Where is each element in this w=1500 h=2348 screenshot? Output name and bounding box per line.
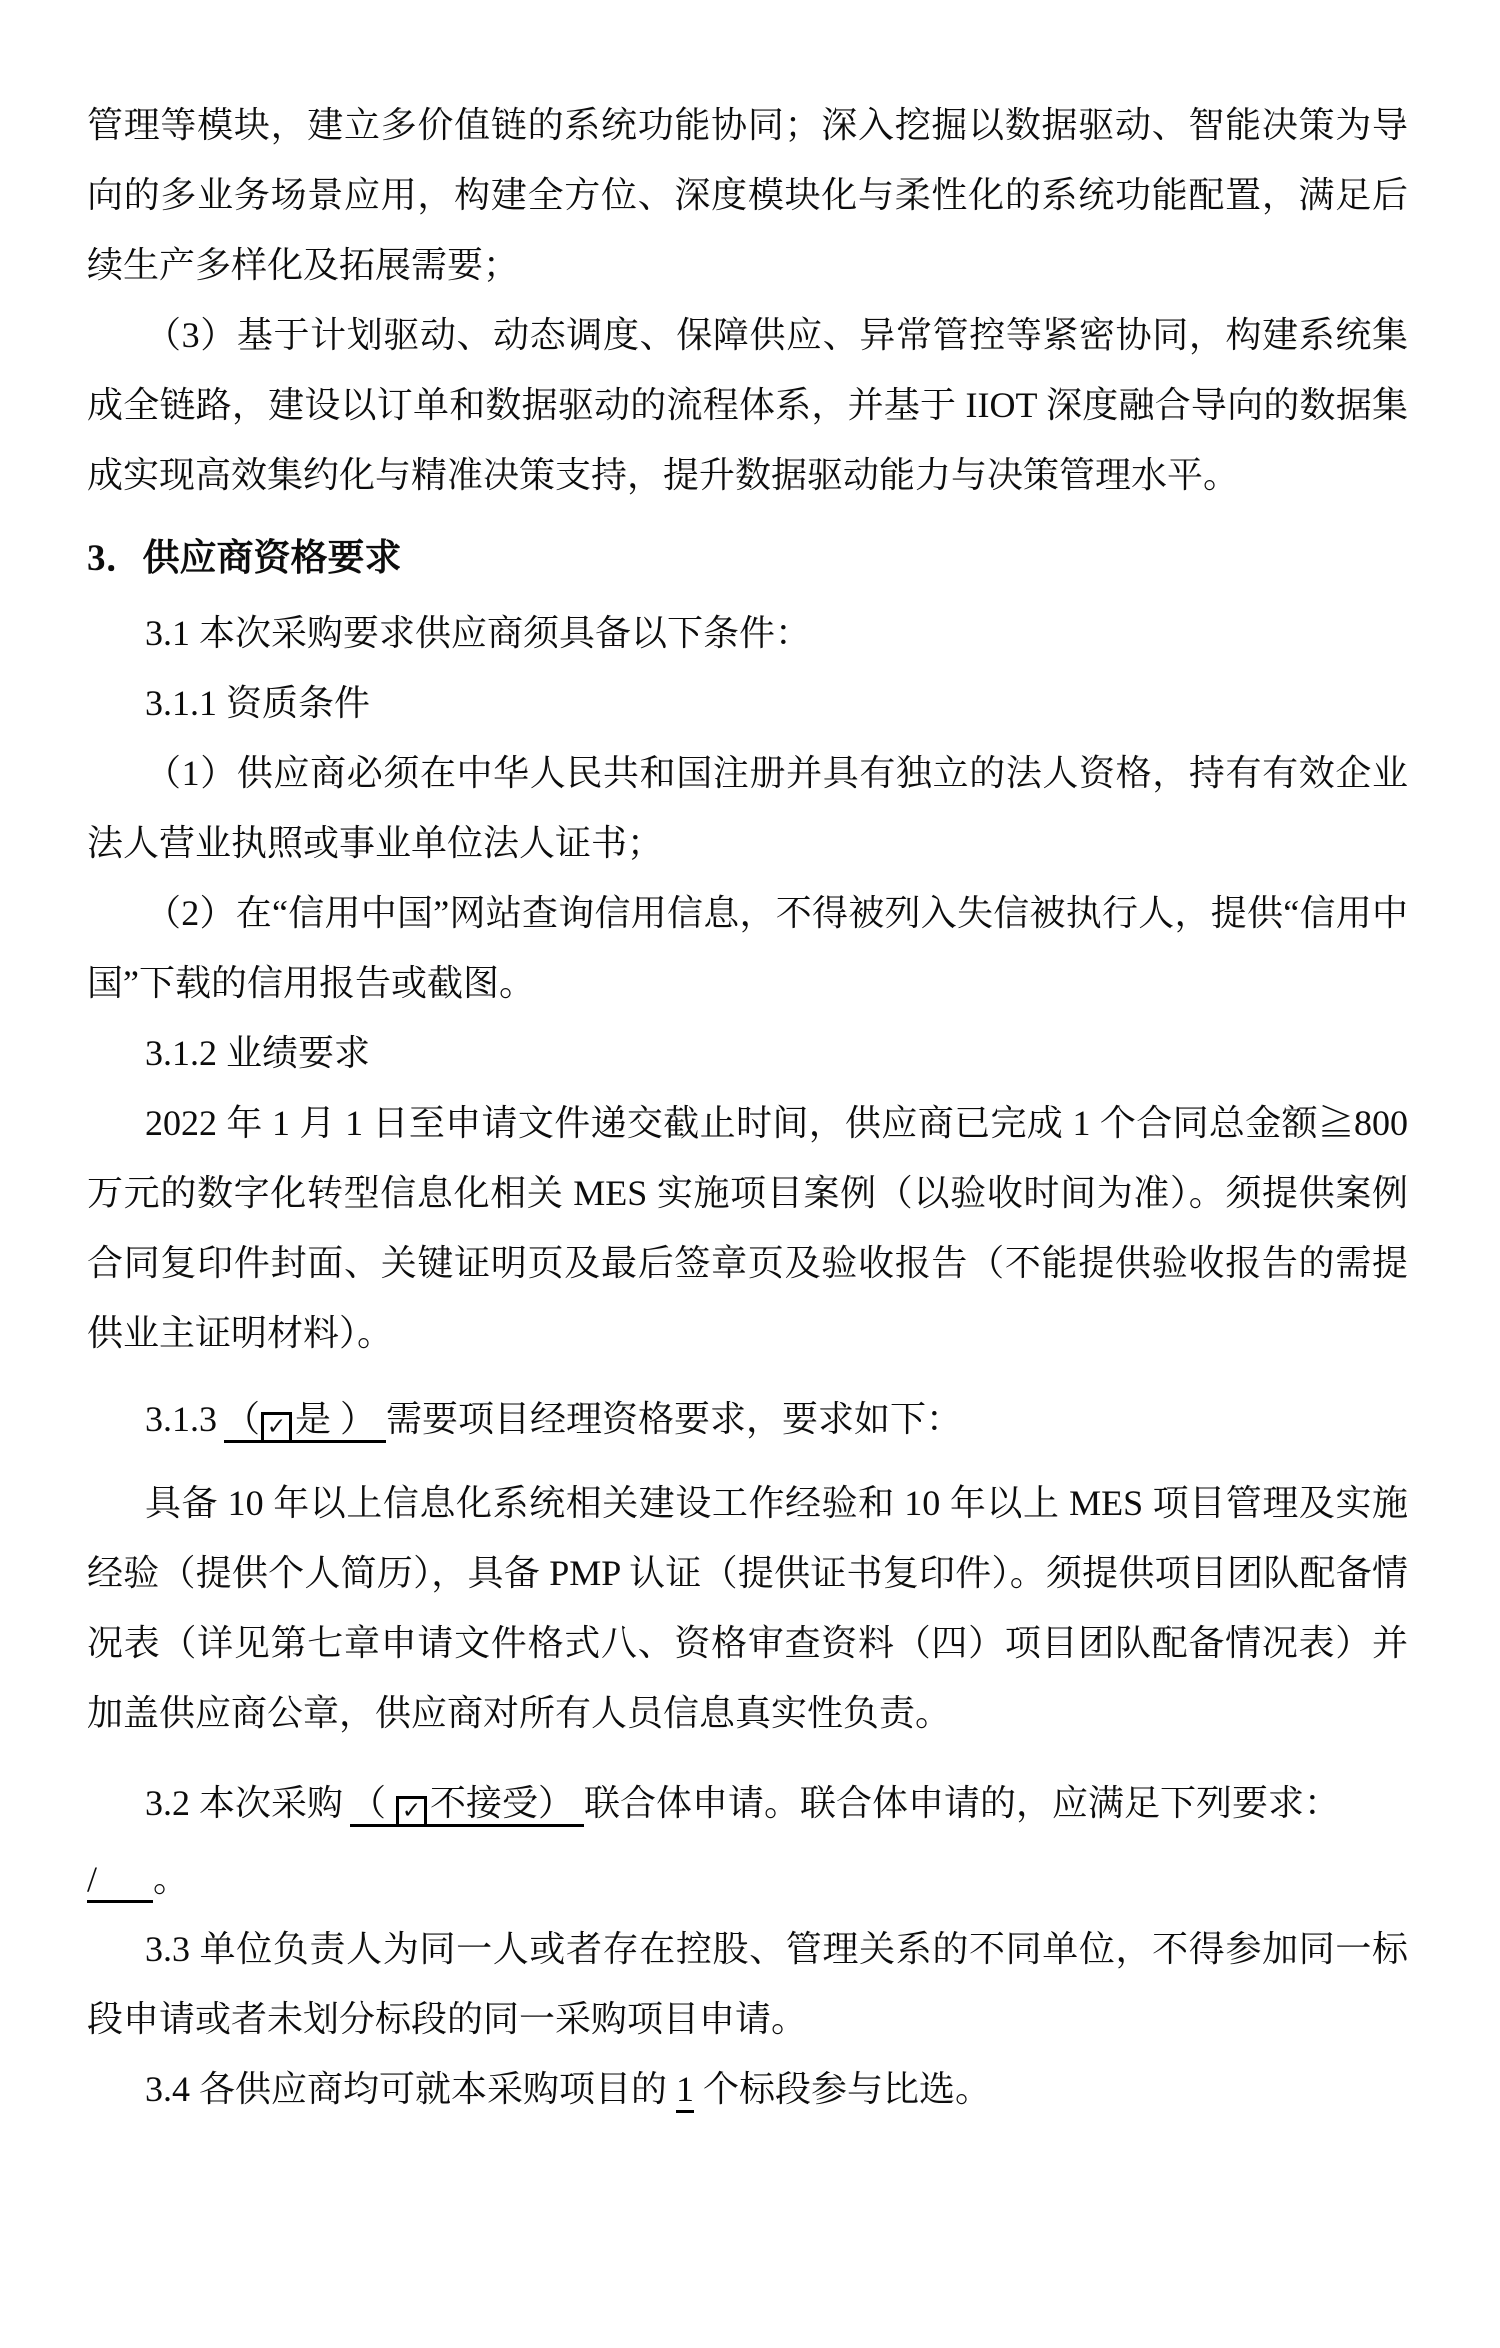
open-paren: （ (350, 1783, 395, 1823)
checkmark-glyph: ✓ (267, 1414, 286, 1440)
paragraph-item-3: （3）基于计划驱动、动态调度、保障供应、异常管控等紧密协同，构建系统集成全链路，… (87, 300, 1408, 510)
underlined-lot-count: 1 (676, 2069, 694, 2113)
performance-requirement-paragraph: 2022 年 1 月 1 日至申请文件递交截止时间，供应商已完成 1 个合同总金… (87, 1088, 1408, 1368)
clause-3-1-3: 3.1.3（✓是 ）需要项目经理资格要求，要求如下： (87, 1384, 1408, 1454)
checked-checkbox-icon: ✓ (396, 1796, 427, 1827)
not-accept-label: 不接受） (430, 1783, 574, 1823)
clause-3-1-2: 3.1.2 业绩要求 (87, 1018, 1408, 1088)
underlined-blank: / (87, 1859, 153, 1903)
clause-3-3: 3.3 单位负责人为同一人或者存在控股、管理关系的不同单位，不得参加同一标段申请… (87, 1914, 1408, 2054)
section-heading-supplier-qualification: 3．供应商资格要求 (87, 524, 1408, 594)
clause-text: 需要项目经理资格要求，要求如下： (386, 1399, 962, 1439)
qualification-item-1: （1）供应商必须在中华人民共和国注册并具有独立的法人资格，持有有效企业法人营业执… (87, 738, 1408, 878)
joint-venture-blank-line: /。 (87, 1844, 1408, 1914)
paragraph-modules-continuation: 管理等模块，建立多价值链的系统功能协同；深入挖掘以数据驱动、智能决策为导向的多业… (87, 90, 1408, 300)
open-paren: （ (224, 1399, 260, 1439)
clause-prefix: 3.2 本次采购 (145, 1783, 343, 1823)
clause-suffix: 个标段参与比选。 (694, 2069, 991, 2109)
underlined-not-accept-choice: （ ✓不接受） (350, 1783, 584, 1827)
underlined-yes-choice: （✓是 ） (224, 1399, 386, 1443)
slash-placeholder: / (87, 1859, 97, 1899)
checked-checkbox-icon: ✓ (261, 1412, 292, 1443)
clause-3-1: 3.1 本次采购要求供应商须具备以下条件： (87, 598, 1408, 668)
clause-3-4: 3.4 各供应商均可就本采购项目的 1 个标段参与比选。 (87, 2054, 1408, 2124)
clause-prefix: 3.4 各供应商均可就本采购项目的 (145, 2069, 676, 2109)
pm-requirements-paragraph: 具备 10 年以上信息化系统相关建设工作经验和 10 年以上 MES 项目管理及… (87, 1468, 1408, 1748)
clause-3-2: 3.2 本次采购（ ✓不接受）联合体申请。联合体申请的，应满足下列要求： (87, 1768, 1408, 1838)
checkmark-glyph: ✓ (402, 1798, 421, 1824)
clause-text: 联合体申请。联合体申请的，应满足下列要求： (584, 1783, 1340, 1823)
yes-label: 是 ） (295, 1399, 376, 1439)
qualification-item-2: （2）在“信用中国”网站查询信用信息，不得被列入失信被执行人，提供“信用中国”下… (87, 878, 1408, 1018)
clause-number: 3.1.3 (145, 1399, 217, 1439)
blank-underline-space (97, 1890, 153, 1891)
period: 。 (153, 1859, 189, 1899)
document-page: 管理等模块，建立多价值链的系统功能协同；深入挖掘以数据驱动、智能决策为导向的多业… (0, 0, 1500, 2348)
clause-3-1-1: 3.1.1 资质条件 (87, 668, 1408, 738)
